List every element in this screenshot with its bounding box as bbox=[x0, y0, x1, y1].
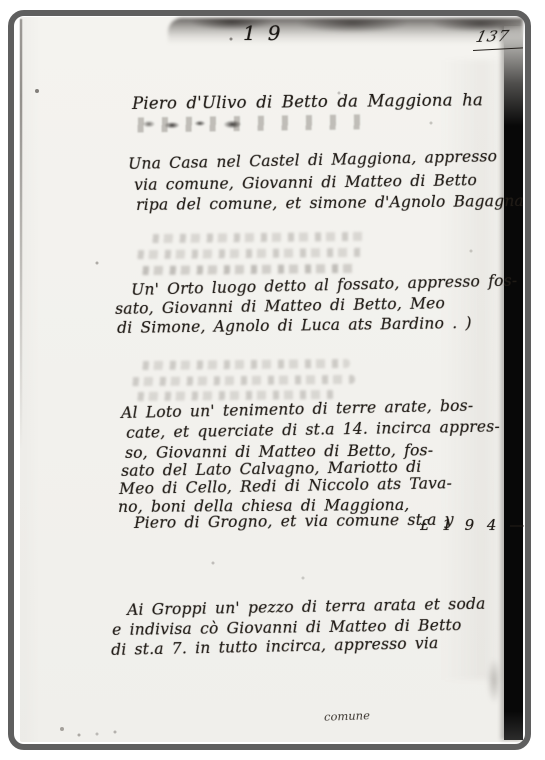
page-number: 19 bbox=[243, 21, 292, 45]
left-page-edge-line bbox=[20, 19, 22, 449]
catchword: comune bbox=[324, 708, 370, 724]
top-edge-shadow bbox=[168, 18, 523, 50]
entry-heading-line: Piero d'Ulivo di Betto da Maggiona ha bbox=[132, 90, 483, 113]
folio-number: 137 bbox=[474, 27, 511, 46]
right-edge-black-band bbox=[504, 26, 523, 740]
scanned-manuscript-page: 19 137 Piero d'Ulivo di Betto da Maggion… bbox=[0, 0, 545, 760]
paper-specks bbox=[0, 0, 2, 2]
edge-smear bbox=[487, 658, 499, 704]
entry-line: Piero di Grogno, et via comune st.a y bbox=[134, 511, 454, 532]
rent-amount: £ 1 9 4 — bbox=[420, 516, 528, 534]
